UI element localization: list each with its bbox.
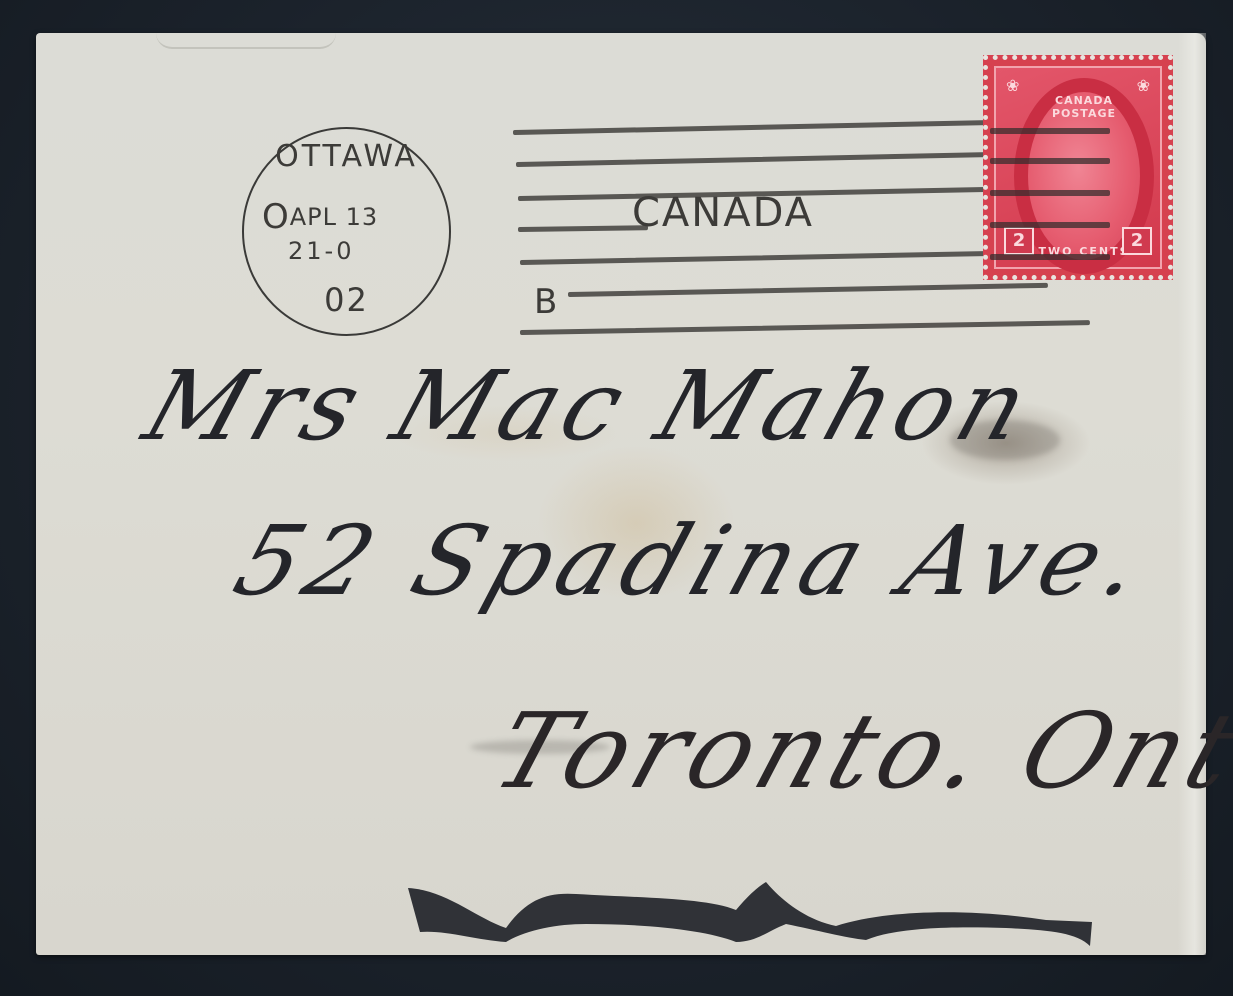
maple-leaf-icon: ❀ <box>1006 76 1019 95</box>
postmark-city: OTTAWA <box>244 139 449 174</box>
stamp-cancel-bar <box>990 128 1110 134</box>
postmark-time: 21-0 <box>288 237 354 265</box>
stamp-value-right: 2 <box>1122 227 1152 255</box>
stamp-value-left: 2 <box>1004 227 1034 255</box>
address-street: 52 Spadina Ave. <box>222 505 1164 617</box>
stamp-cancel-bar <box>990 254 1110 260</box>
underline-flourish <box>406 880 1096 950</box>
envelope-edge <box>1178 33 1206 955</box>
stamp-cancel-bar <box>990 158 1110 164</box>
postage-stamp: ❀ ❀ CANADA POSTAGE TWO CENTS 2 2 <box>983 55 1173 280</box>
cancel-country-text: CANADA <box>632 190 814 236</box>
postmark-year: 02 <box>244 281 449 319</box>
address-city: Toronto. Ont. <box>480 690 1233 812</box>
address-recipient: Mrs Mac Mahon <box>132 350 1047 462</box>
cancel-letter: B <box>534 282 557 322</box>
stamp-cancel-bar <box>990 190 1110 196</box>
stamp-top-text: CANADA POSTAGE <box>1028 94 1140 120</box>
stamp-frame: ❀ ❀ CANADA POSTAGE TWO CENTS 2 2 <box>994 66 1162 269</box>
stamp-cancel-bar <box>990 222 1110 228</box>
postmark-date: OAPL 13 <box>262 197 378 237</box>
maple-leaf-icon: ❀ <box>1137 76 1150 95</box>
circular-postmark: OTTAWA OAPL 13 21-0 02 <box>242 127 451 336</box>
